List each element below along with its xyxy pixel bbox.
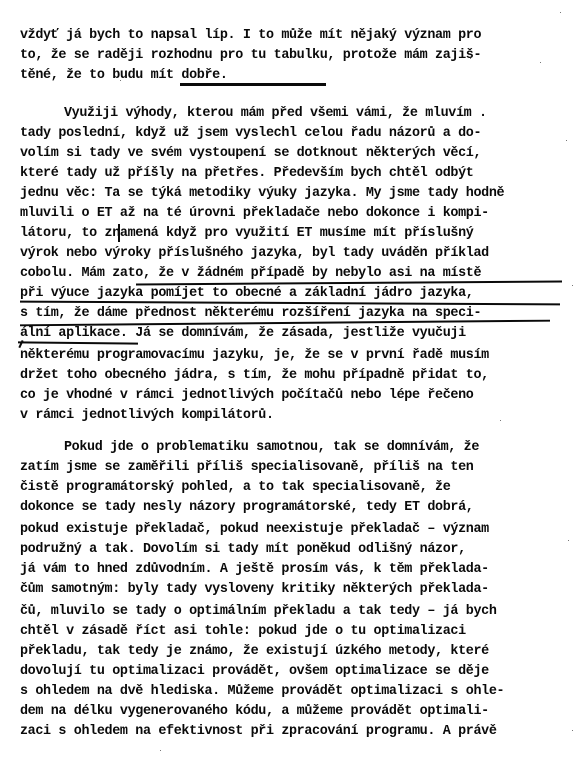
scan-speck xyxy=(120,80,121,81)
handwritten-mark xyxy=(118,224,120,242)
text-line: podružný a tak. Dovolím si tady mít poně… xyxy=(20,540,466,560)
text-line: v rámci jednotlivých kompilátorů. xyxy=(20,406,274,426)
text-line: ální aplikace. Já se domnívám, že zásada… xyxy=(20,324,466,344)
text-line: čistě programátorský pohled, a to tak sp… xyxy=(20,478,450,498)
text-line: látoru, to znamená když pro využití ET m… xyxy=(20,224,473,244)
text-line: výrok nebo výroky příslušného jazyka, by… xyxy=(20,244,489,264)
text-line: tady poslední, když už jsem vyslechl cel… xyxy=(20,124,481,144)
text-line: co je vhodné v rámci jednotlivých počíta… xyxy=(20,386,473,406)
scan-speck xyxy=(560,12,561,13)
text-line: držet toho obecného jádra, s tím, že moh… xyxy=(20,366,489,386)
text-line: dem na délku vygenerovaného kódu, a může… xyxy=(20,702,489,722)
text-line: chtěl v zásadě říct asi tohle: pokud jde… xyxy=(20,622,466,642)
section-separator-rule xyxy=(180,83,326,86)
text-line: dokonce se tady nesly názory programátor… xyxy=(20,498,473,518)
text-line: Pokud jde o problematiku samotnou, tak s… xyxy=(64,438,479,458)
text-line: mluvili o ET až na té úrovni překladače … xyxy=(20,204,489,224)
text-line: zaci s ohledem na efektivnost při zpraco… xyxy=(20,722,497,742)
text-line: s ohledem na dvě hlediska. Můžeme provád… xyxy=(20,682,504,702)
scan-speck xyxy=(566,140,567,141)
text-line: volím si tady ve svém vystoupení se dotk… xyxy=(20,144,481,164)
text-line: to, že se raději rozhodnu pro tu tabulku… xyxy=(20,46,481,66)
text-line: zatím jsme se zaměřili příliš specialiso… xyxy=(20,458,473,478)
scan-speck xyxy=(500,420,501,421)
scan-speck xyxy=(572,730,573,731)
scan-speck xyxy=(568,540,569,541)
text-line: čům samotným: byly tady vysloveny kritik… xyxy=(20,580,489,600)
text-line: překladu, tak tedy je známo, že existují… xyxy=(20,642,489,662)
scan-speck xyxy=(160,750,161,751)
text-line: já vám to hned zdůvodním. A ještě prosím… xyxy=(20,560,489,580)
text-line: některému programovacímu jazyku, je, že … xyxy=(20,346,489,366)
scan-speck xyxy=(540,62,541,63)
text-line: Využiji výhody, kterou mám před všemi vá… xyxy=(64,104,487,124)
scan-speck xyxy=(470,58,471,59)
text-line: které tady už příšly na přetřes. Předevš… xyxy=(20,164,473,184)
text-line: dovolují tu optimalizaci provádět, ovšem… xyxy=(20,662,489,682)
typewritten-page: vždyť já bych to napsal líp. I to může m… xyxy=(0,0,581,759)
scan-speck xyxy=(572,285,573,286)
text-line: jednu věc: Ta se týká metodiky výuky jaz… xyxy=(20,184,504,204)
text-line: vždyť já bych to napsal líp. I to může m… xyxy=(20,26,481,46)
text-line: čů, mluvilo se tady o optimálním překlad… xyxy=(20,602,497,622)
text-line: pokud existuje překladač, pokud neexistu… xyxy=(20,520,489,540)
